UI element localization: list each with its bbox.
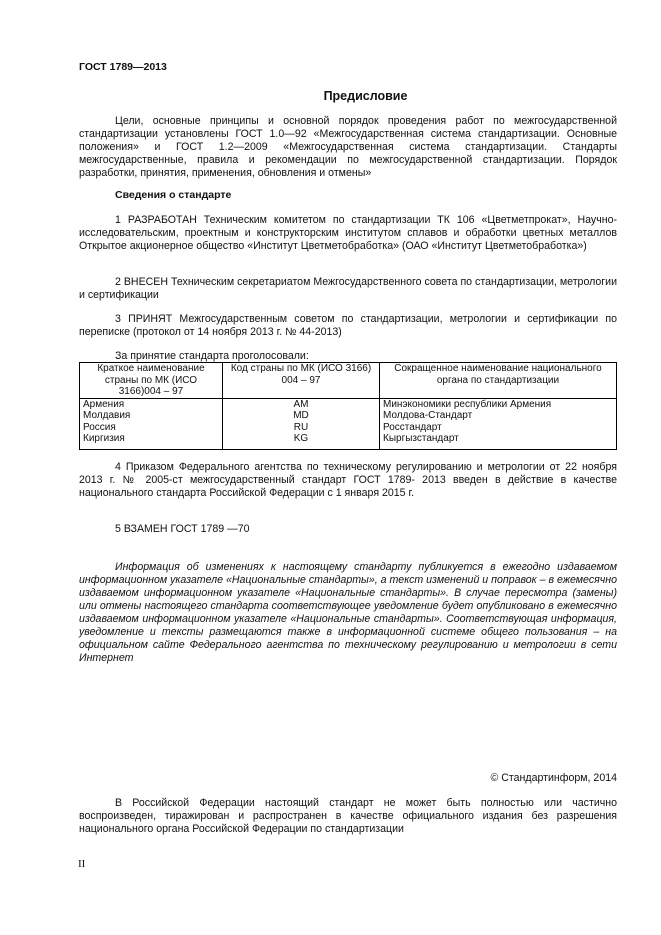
info-notice: Информация об изменениях к настоящему ст… bbox=[79, 561, 617, 665]
cell-code: RU bbox=[223, 422, 380, 434]
vote-table: Краткое наименование страны по МК (ИСО 3… bbox=[79, 362, 617, 450]
cell-body: Минэкономики республики Армения bbox=[380, 398, 617, 410]
item-text: 1 РАЗРАБОТАН Техническим комитетом по ст… bbox=[79, 214, 617, 252]
page-title: Предисловие bbox=[0, 90, 661, 103]
table-row: Молдавия MD Молдова-Стандарт bbox=[80, 410, 617, 422]
item-developed: 1 РАЗРАБОТАН Техническим комитетом по ст… bbox=[79, 214, 617, 253]
table-row: Армения AM Минэкономики республики Армен… bbox=[80, 398, 617, 410]
table-row: Россия RU Росстандарт bbox=[80, 422, 617, 434]
item-text: 2 ВНЕСЕН Техническим секретариатом Межго… bbox=[79, 276, 617, 301]
intro-text: Цели, основные принципы и основной поряд… bbox=[79, 115, 617, 179]
item-text: 3 ПРИНЯТ Межгосударственным советом по с… bbox=[79, 313, 617, 338]
info-notice-text: Информация об изменениях к настоящему ст… bbox=[79, 561, 617, 664]
item-adopted: 3 ПРИНЯТ Межгосударственным советом по с… bbox=[79, 313, 617, 339]
cell-country: Киргизия bbox=[80, 433, 223, 449]
page-number: II bbox=[78, 858, 85, 871]
cell-body: Кыргызстандарт bbox=[380, 433, 617, 449]
table-header-row: Краткое наименование страны по МК (ИСО 3… bbox=[80, 363, 617, 399]
item-introduced: 2 ВНЕСЕН Техническим секретариатом Межго… bbox=[79, 276, 617, 302]
cell-country: Россия bbox=[80, 422, 223, 434]
section-heading: Сведения о стандарте bbox=[115, 189, 231, 202]
copyright: © Стандартинформ, 2014 bbox=[79, 772, 617, 785]
column-header-body: Сокращенное наименование национального о… bbox=[380, 363, 617, 399]
cell-code: MD bbox=[223, 410, 380, 422]
column-header-country: Краткое наименование страны по МК (ИСО 3… bbox=[80, 363, 223, 399]
cell-body: Молдова-Стандарт bbox=[380, 410, 617, 422]
cell-code: AM bbox=[223, 398, 380, 410]
item-replaces: 5 ВЗАМЕН ГОСТ 1789 —70 bbox=[79, 523, 617, 536]
table-row: Киргизия KG Кыргызстандарт bbox=[80, 433, 617, 449]
reproduction-notice-text: В Российской Федерации настоящий стандар… bbox=[79, 797, 617, 835]
cell-country: Молдавия bbox=[80, 410, 223, 422]
item-text: 4 Приказом Федерального агентства по тех… bbox=[79, 461, 617, 499]
cell-code: KG bbox=[223, 433, 380, 449]
intro-paragraph: Цели, основные принципы и основной поряд… bbox=[79, 115, 617, 180]
item-enacted: 4 Приказом Федерального агентства по тех… bbox=[79, 461, 617, 500]
item-text: 5 ВЗАМЕН ГОСТ 1789 —70 bbox=[115, 523, 249, 535]
cell-country: Армения bbox=[80, 398, 223, 410]
document-code: ГОСТ 1789—2013 bbox=[79, 61, 167, 74]
column-header-code: Код страны по МК (ИСО 3166) 004 – 97 bbox=[223, 363, 380, 399]
reproduction-notice: В Российской Федерации настоящий стандар… bbox=[79, 797, 617, 836]
cell-body: Росстандарт bbox=[380, 422, 617, 434]
